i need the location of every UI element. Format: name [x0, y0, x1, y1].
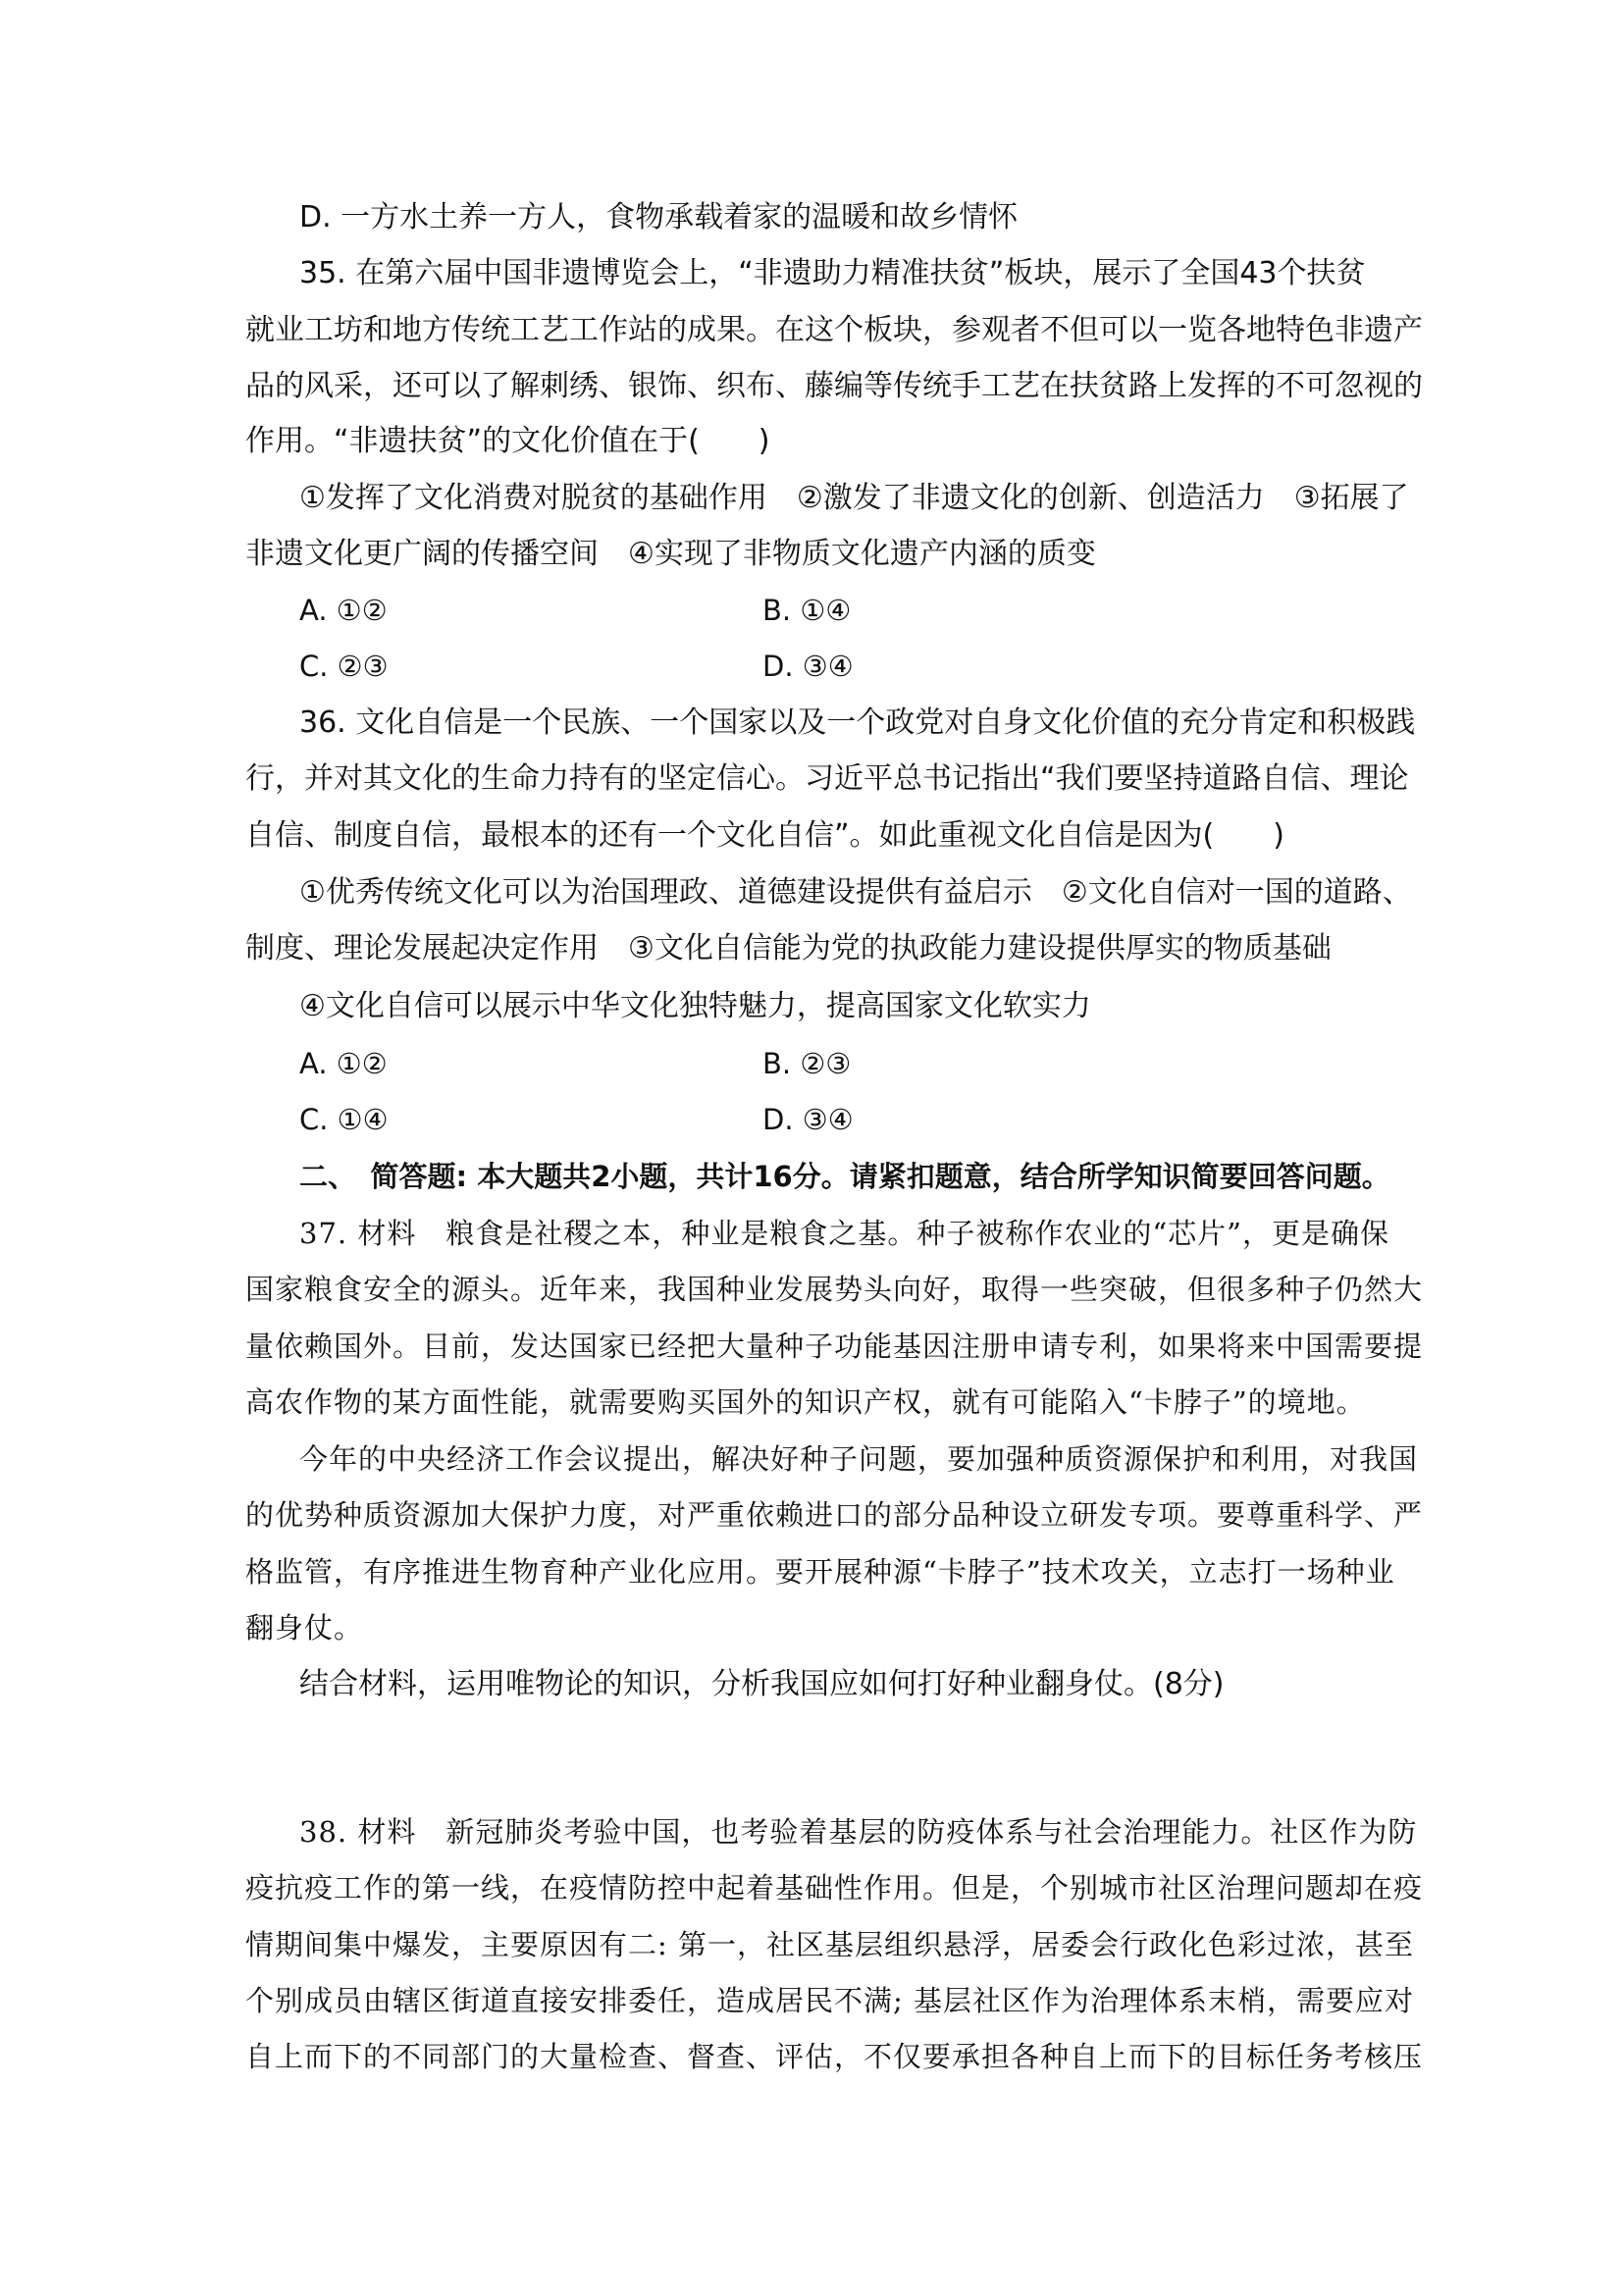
- q35-statement-line-2: 非遗文化更广阔的传播空间 ④实现了非物质文化遗产内涵的质变: [245, 535, 1096, 574]
- q36-option-c: C. ①④: [299, 1100, 389, 1139]
- q37-material2-line-4: 翻身仗。: [245, 1608, 363, 1647]
- q34-option-d: D. 一方水土养一方人，食物承载着家的温暖和故乡情怀: [299, 198, 1018, 237]
- q36-option-b: B. ②③: [762, 1044, 851, 1083]
- q38-material-line-4: 个别成员由辖区街道直接安排委任，造成居民不满; 基层社区作为治理体系末梢，需要应…: [245, 1981, 1414, 2020]
- q37-material2-line-1: 今年的中央经济工作会议提出，解决好种子问题，要加强种质资源保护和利用，对我国: [299, 1439, 1418, 1479]
- q35-option-d: D. ③④: [762, 647, 854, 686]
- q35-stem-line-3: 品的风采，还可以了解刺绣、银饰、织布、藤编等传统手工艺在扶贫路上发挥的不可忽视的: [245, 367, 1423, 406]
- q35-option-a: A. ①②: [299, 591, 388, 630]
- q38-material-line-1: 38. 材料 新冠肺炎考验中国，也考验着基层的防疫体系与社会治理能力。社区作为防: [299, 1812, 1417, 1852]
- q36-option-a: A. ①②: [299, 1044, 388, 1083]
- q37-material-line-3: 量依赖国外。目前，发达国家已经把大量种子功能基因注册申请专利，如果将来中国需要提: [245, 1327, 1423, 1366]
- q36-statement-line-2: 制度、理论发展起决定作用 ③文化自信能为党的执政能力建设提供厚实的物质基础: [245, 929, 1332, 968]
- q35-option-b: B. ①④: [762, 591, 851, 630]
- q38-material-line-2: 疫抗疫工作的第一线，在疫情防控中起着基础性作用。但是，个别城市社区治理问题却在疫: [245, 1868, 1423, 1907]
- q36-stem-line-1: 36. 文化自信是一个民族、一个国家以及一个政党对自身文化价值的充分肯定和积极践: [299, 704, 1415, 743]
- q37-material2-line-3: 格监管，有序推进生物育种产业化应用。要开展种源“卡脖子”技术攻关，立志打一场种业: [245, 1552, 1395, 1592]
- q35-stem-line-4: 作用。“非遗扶贫”的文化价值在于( ): [245, 422, 770, 461]
- q35-stem-line-1: 35. 在第六届中国非遗博览会上，“非遗助力精准扶贫”板块，展示了全国43个扶贫: [299, 254, 1384, 293]
- section-2-heading: 二、 简答题: 本大题共2小题，共计16分。请紧扣题意，结合所学知识简要回答问题…: [299, 1157, 1390, 1196]
- q37-material-line-2: 国家粮食安全的源头。近年来，我国种业发展势头向好，取得一些突破，但很多种子仍然大: [245, 1270, 1423, 1309]
- q36-stem-line-2: 行，并对其文化的生命力持有的坚定信心。习近平总书记指出“我们要坚持道路自信、理论: [245, 759, 1409, 799]
- q36-statement-line-1: ①优秀传统文化可以为治国理政、道德建设提供有益启示 ②文化自信对一国的道路、: [299, 873, 1412, 913]
- q38-material-line-3: 情期间集中爆发，主要原因有二: 第一，社区基层组织悬浮，居委会行政化色彩过浓，甚…: [245, 1925, 1414, 1964]
- q36-statement-line-3: ④文化自信可以展示中华文化独特魅力，提高国家文化软实力: [299, 987, 1091, 1026]
- q36-stem-line-3: 自信、制度自信，最根本的还有一个文化自信”。如此重视文化自信是因为( ): [245, 816, 1284, 856]
- q35-statement-line-1: ①发挥了文化消费对脱贫的基础作用 ②激发了非遗文化的创新、创造活力 ③拓展了: [299, 479, 1409, 518]
- q35-stem-line-2: 就业工坊和地方传统工艺工作站的成果。在这个板块，参观者不但可以一览各地特色非遗产: [245, 311, 1423, 350]
- q35-option-c: C. ②③: [299, 647, 389, 686]
- q37-material2-line-2: 的优势种质资源加大保护力度，对严重依赖进口的部分品种设立研发专项。要尊重科学、严: [245, 1495, 1423, 1535]
- q37-question: 结合材料，运用唯物论的知识，分析我国应如何打好种业翻身仗。(8分): [299, 1665, 1225, 1704]
- q38-material-line-5: 自上而下的不同部门的大量检查、督查、评估，不仅要承担各种自上而下的目标任务考核压: [245, 2037, 1423, 2076]
- q37-material-line-4: 高农作物的某方面性能，就需要购买国外的知识产权，就有可能陷入“卡脖子”的境地。: [245, 1383, 1366, 1422]
- q36-option-d: D. ③④: [762, 1100, 854, 1139]
- q37-material-line-1: 37. 材料 粮食是社稷之本，种业是粮食之基。种子被称作农业的“芯片”，更是确保: [299, 1214, 1389, 1253]
